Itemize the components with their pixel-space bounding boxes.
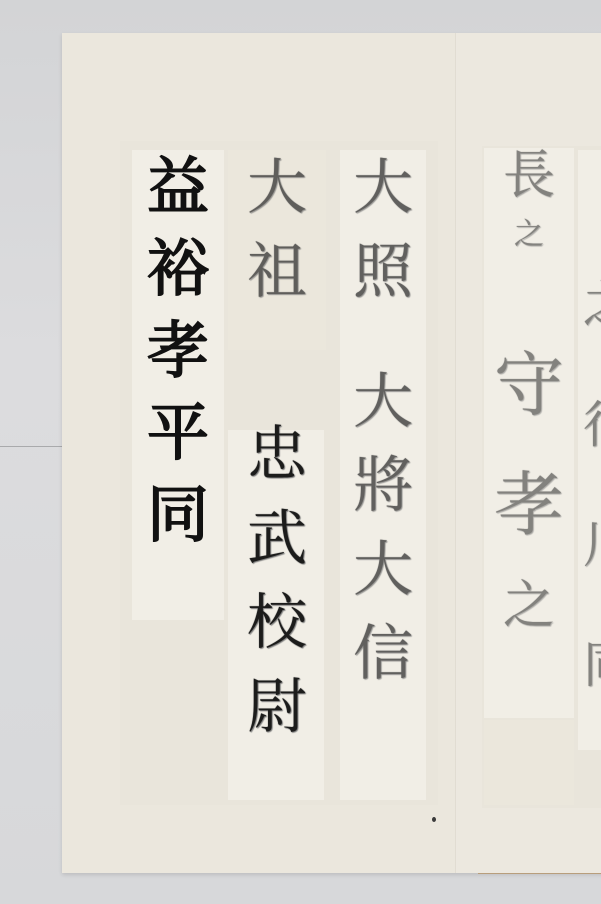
right-column-2-rubbing: 之 行 川 同 <box>578 280 601 750</box>
character: 之 <box>503 580 555 664</box>
character: 忠 <box>247 425 307 509</box>
character: 裕 <box>147 238 209 320</box>
ink-spot <box>432 817 436 822</box>
character: 守 <box>494 350 564 470</box>
character: 之 <box>514 220 544 290</box>
character: 尉 <box>247 677 307 761</box>
character: 益 <box>147 156 209 238</box>
character: 大 <box>353 540 413 624</box>
character: 信 <box>353 624 413 708</box>
character: 大 <box>353 158 413 242</box>
character: 照 <box>353 242 413 326</box>
right-column-1-bottom-rubbing: 守 孝 之 <box>486 350 572 664</box>
background-edge-line <box>0 446 62 447</box>
character: 武 <box>247 509 307 593</box>
character: 大 <box>353 372 413 456</box>
character: 行 <box>583 400 601 520</box>
character: 同 <box>147 484 209 566</box>
right-column-2-clip: 之 行 川 同 <box>578 150 601 750</box>
character: 川 <box>583 520 601 640</box>
strip-right-blank <box>484 720 574 805</box>
column-3-bottom-rubbing: 大 將 大 信 <box>340 372 426 708</box>
next-page-edge <box>478 873 601 874</box>
right-column-1-top-rubbing: 長 之 <box>486 150 572 290</box>
character: 將 <box>353 456 413 540</box>
column-2-top-rubbing: 大 祖 <box>230 158 324 326</box>
column-2-bottom-rubbing: 忠 武 校 尉 <box>230 425 324 761</box>
character: 校 <box>247 593 307 677</box>
page-fold <box>455 33 457 873</box>
character: 孝 <box>147 320 209 402</box>
character: 之 <box>583 280 601 400</box>
character: 長 <box>503 150 555 220</box>
column-3-top-rubbing: 大 照 <box>340 158 426 326</box>
character: 同 <box>583 640 601 750</box>
character: 平 <box>147 402 209 484</box>
character: 孝 <box>494 470 564 580</box>
character: 大 <box>247 158 307 242</box>
column-1-bold-text: 益 裕 孝 平 同 <box>132 156 224 566</box>
character: 祖 <box>247 242 307 326</box>
